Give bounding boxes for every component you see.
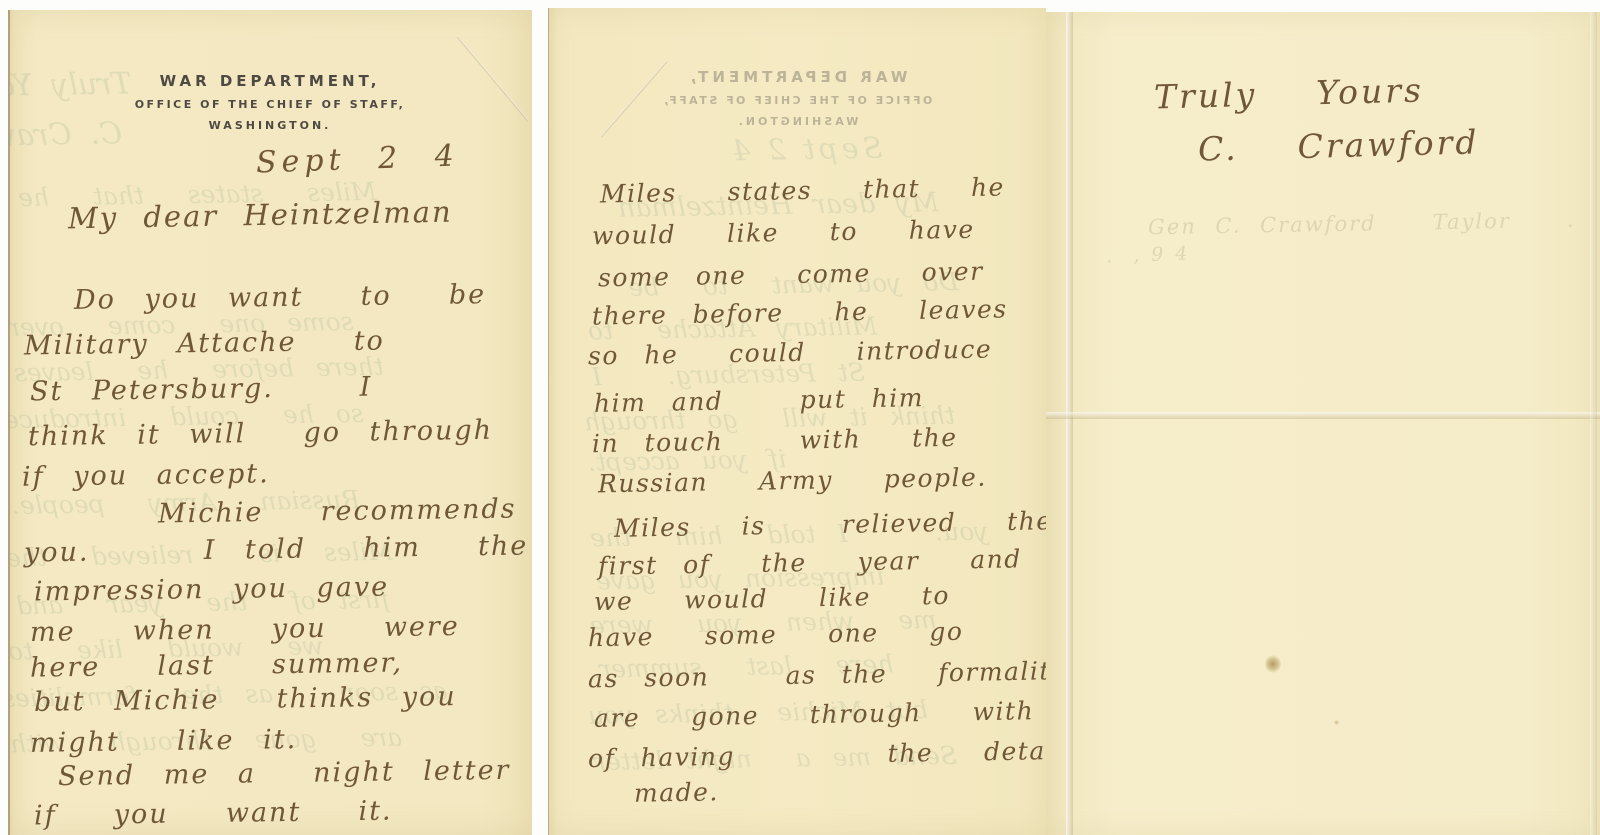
handwriting-line: would like to have	[592, 215, 975, 251]
handwriting-closing: Truly Yours	[1154, 70, 1425, 116]
handwriting-line: Michie recommends	[158, 493, 517, 529]
handwriting-line: St Petersburg. I	[30, 372, 373, 408]
fold-crease-horizontal	[1046, 412, 1600, 419]
handwriting-line: Send me a night letter	[58, 755, 511, 792]
handwriting-date: Sept 2 4	[255, 138, 459, 180]
handwriting-line: think it will go through	[28, 415, 493, 452]
handwriting-line: in touch with the	[592, 423, 958, 458]
handwriting-line: Russian Army people.	[598, 463, 987, 499]
handwriting-line: Do you want to be	[74, 279, 487, 316]
handwriting-line: him and put him	[594, 383, 924, 418]
handwriting-line: if you accept.	[22, 458, 270, 492]
letterhead-line2: OFFICE OF THE CHIEF OF STAFF,	[8, 98, 532, 111]
handwriting-signature: C. Crawford	[1198, 122, 1480, 168]
letter-page-2: WAR DEPARTMENT, OFFICE OF THE CHIEF OF S…	[548, 8, 1046, 835]
handwriting-line: there before he leaves	[592, 294, 1008, 330]
handwriting-line: so he could introduce	[588, 334, 993, 370]
handwriting-line: we would like to	[594, 581, 950, 616]
bleed-through-text: Sept 2 4	[728, 131, 883, 168]
stain-speck	[1334, 720, 1339, 725]
fold-crease-vertical	[1066, 12, 1073, 835]
letterhead: WAR DEPARTMENT, OFFICE OF THE CHIEF OF S…	[8, 72, 532, 132]
letter-page-3: Truly Yours C. Crawford Gen C. Crawford …	[1046, 12, 1600, 835]
handwriting-line: might like it.	[30, 724, 298, 759]
letterhead-mirrored: WAR DEPARTMENT, OFFICE OF THE CHIEF OF S…	[548, 68, 1046, 128]
pencil-note-line1: Gen C. Crawford Taylor . . 5 w	[1148, 205, 1600, 240]
handwriting-line: of having the detail	[588, 736, 1046, 773]
scanned-letter-photo: { "letterhead": { "line1": "WAR DEPARTME…	[0, 0, 1600, 835]
handwriting-line: but Michie thinks you	[34, 681, 457, 718]
pencil-note-line2: . , 9 4	[1106, 243, 1191, 268]
handwriting-line: made.	[634, 777, 719, 807]
letter-page-1: Truly Yours C. Crawford Miles states tha…	[8, 10, 532, 835]
handwriting-line: me when you were	[30, 611, 460, 648]
handwriting-line: you. I told him the	[24, 530, 529, 568]
handwriting-line: Miles states that he	[600, 172, 1005, 208]
stain-spot	[1265, 655, 1281, 673]
handwriting-line: here last summer,	[30, 647, 403, 683]
letterhead-line3: WASHINGTON.	[8, 119, 532, 132]
handwriting-salutation: My dear Heintzelman	[68, 195, 453, 236]
page-edge-line	[1590, 12, 1597, 835]
handwriting-line: impression you gave	[34, 572, 389, 608]
letterhead-mirrored-line3: WASHINGTON.	[548, 115, 1046, 128]
handwriting-line: have some one go	[588, 617, 964, 653]
handwriting-line: Military Attache to	[24, 325, 385, 361]
letterhead-line1: WAR DEPARTMENT,	[8, 72, 532, 90]
handwriting-line: first of the year and	[598, 544, 1022, 580]
handwriting-line: if you want it.	[34, 795, 393, 831]
letterhead-mirrored-line2: OFFICE OF THE CHIEF OF STAFF,	[548, 94, 1046, 107]
letterhead-mirrored-line1: WAR DEPARTMENT,	[548, 68, 1046, 86]
